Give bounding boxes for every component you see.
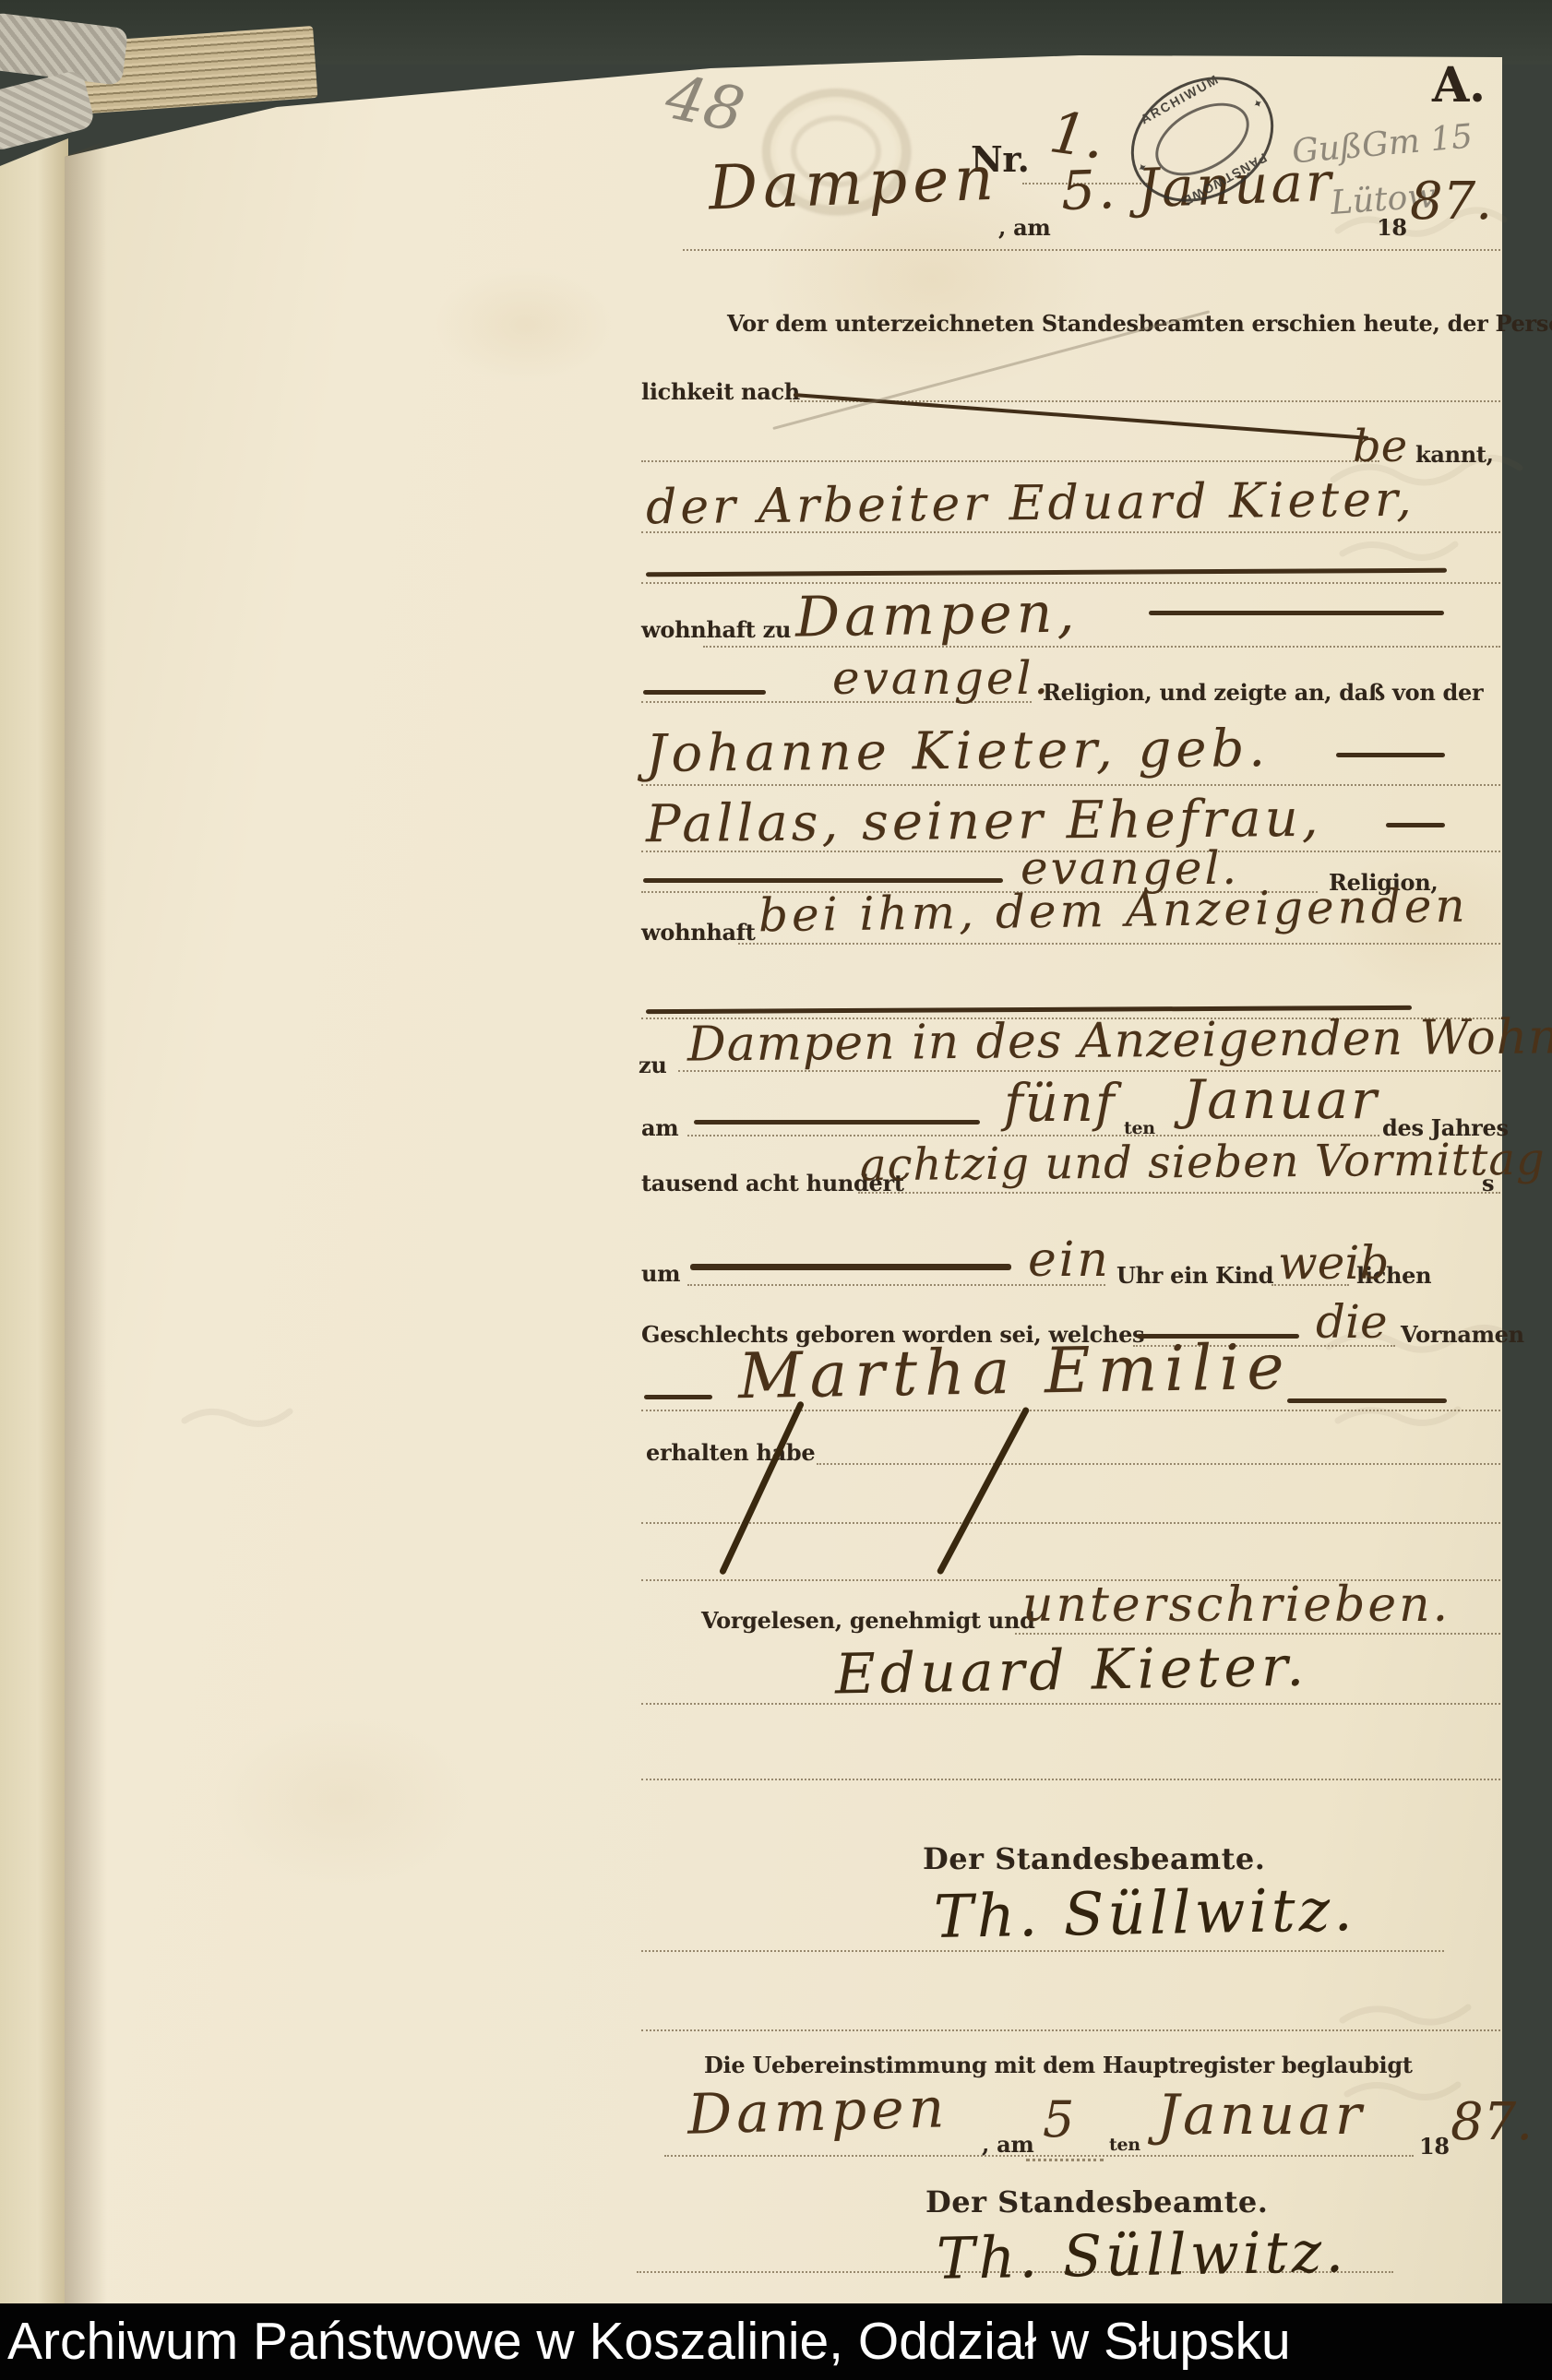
zu-printed: zu	[639, 1052, 666, 1078]
dotted-line	[641, 784, 1500, 786]
cert-year-prefix-printed: 18	[1419, 2133, 1450, 2160]
die-handwritten: die	[1316, 1295, 1388, 1349]
declarant-handwritten: der Arbeiter Eduard Kieter,	[646, 472, 1415, 536]
void-stroke	[643, 878, 1003, 883]
year-handwritten: 87.	[1410, 172, 1492, 232]
dotted-line	[858, 1192, 1500, 1194]
archive-footer-bar: Archiwum Państwowe w Koszalinie, Oddział…	[0, 2303, 1552, 2380]
month-handwritten: Januar	[1183, 1068, 1379, 1131]
certification-line-printed: Die Uebereinstimmung mit dem Hauptregist…	[704, 2052, 1413, 2078]
dotted-line	[641, 460, 1379, 462]
cert-am-printed: , am	[982, 2131, 1033, 2158]
dotted-line	[683, 249, 1500, 251]
place-handwritten: Dampen	[708, 143, 1000, 224]
dotted-line	[738, 943, 1500, 945]
void-stroke	[694, 1120, 980, 1125]
vorgelesen-printed: Vorgelesen, genehmigt und	[701, 1607, 1035, 1634]
printed-intro-line2: lichkeit nach	[641, 378, 800, 405]
void-stroke	[1386, 823, 1445, 827]
cert-registrar-label: Der Standesbeamte.	[925, 2184, 1268, 2219]
wohnhaft2-printed: wohnhaft	[641, 919, 756, 946]
dotted-line	[641, 1779, 1500, 1780]
cert-registrar-signature: Th. Süllwitz.	[936, 2218, 1347, 2292]
cert-ten-printed: ten	[1109, 2135, 1140, 2155]
day-handwritten: fünf	[1004, 1074, 1116, 1134]
wohnhaft-zu-printed: wohnhaft zu	[641, 616, 791, 643]
dotted-line	[1026, 2159, 1104, 2161]
dotted-line	[641, 1522, 1500, 1524]
cert-day-handwritten: 5	[1043, 2090, 1074, 2148]
year-words-handwritten: achtzig und sieben Vormittag	[860, 1134, 1546, 1191]
am-printed: , am	[998, 214, 1050, 241]
printed-intro-line1: Vor dem unterzeichneten Standesbeamten e…	[727, 310, 1552, 337]
void-stroke	[643, 690, 766, 695]
dotted-line	[641, 2029, 1500, 2031]
erhalten-printed: erhalten habe	[646, 1439, 815, 1466]
residence-handwritten: Dampen,	[794, 580, 1080, 649]
bekannt-handwritten: be	[1353, 421, 1407, 472]
am2-printed: am	[641, 1114, 678, 1141]
wohnhaft2-handwritten: bei ihm, dem Anzeigenden	[758, 879, 1469, 943]
cert-year-handwritten: 87.	[1451, 2092, 1533, 2152]
unterschrieben-handwritten: unterschrieben.	[1022, 1577, 1451, 1633]
dotted-line	[641, 1703, 1500, 1705]
um-printed: um	[641, 1260, 680, 1287]
void-stroke	[690, 1264, 1011, 1270]
void-stroke	[1149, 611, 1444, 615]
scanned-birth-record: 48 Nr. 1. ARCHIWUM PAŃSTWOWE ✦ ✦ A. GußG…	[0, 0, 1552, 2380]
void-stroke	[1336, 753, 1445, 757]
mother-line1-handwritten: Johanne Kieter, geb.	[646, 719, 1271, 784]
vornamen-printed: Vornamen	[1401, 1321, 1524, 1348]
declarant-signature: Eduard Kieter.	[834, 1635, 1308, 1708]
archive-footer-text: Archiwum Państwowe w Koszalinie, Oddział…	[7, 2303, 1291, 2380]
ten-printed: ten	[1124, 1118, 1155, 1138]
child-name-handwritten: Martha Emilie	[737, 1331, 1292, 1413]
registrar-signature: Th. Süllwitz.	[933, 1876, 1356, 1952]
cert-place-handwritten: Dampen	[686, 2076, 949, 2147]
cert-month-handwritten: Januar	[1157, 2083, 1366, 2148]
uhr-printed: Uhr ein Kind	[1116, 1262, 1273, 1289]
religion1-handwritten: evangel.	[832, 651, 1051, 705]
dotted-line	[641, 1950, 1444, 1952]
gender-handwritten: weib	[1278, 1236, 1389, 1290]
registrar-label: Der Standesbeamte.	[923, 1841, 1265, 1876]
birthplace-handwritten: Dampen in des Anzeigenden Wohnung	[687, 1008, 1552, 1072]
void-stroke	[1287, 1398, 1447, 1403]
void-stroke	[644, 1395, 712, 1399]
hour-handwritten: ein	[1028, 1232, 1111, 1288]
corner-letter: A.	[1432, 57, 1486, 113]
dotted-line	[817, 1463, 1500, 1465]
dotted-line	[664, 2155, 1414, 2157]
religion1-printed: Religion, und zeigte an, daß von der	[1043, 679, 1483, 706]
bekannt-printed: kannt,	[1415, 441, 1494, 468]
